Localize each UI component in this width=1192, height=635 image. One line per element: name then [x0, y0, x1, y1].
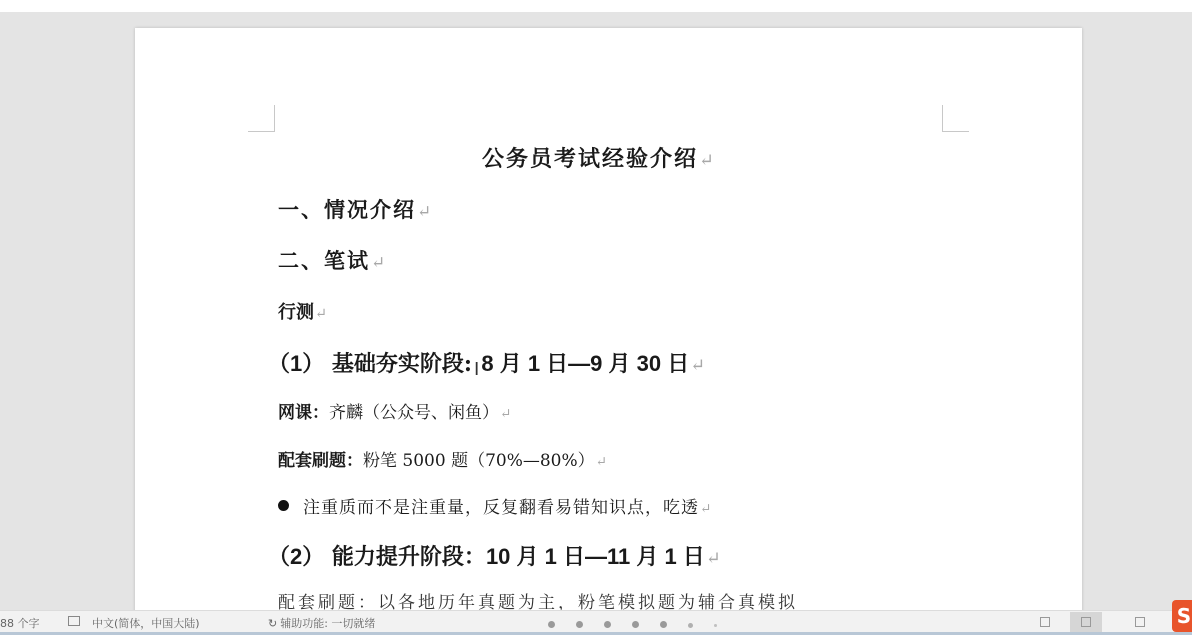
top-strip — [0, 0, 1192, 12]
web-layout-icon — [1135, 617, 1145, 627]
paragraph-mark-icon: ↵ — [706, 549, 721, 569]
paragraph-mark-icon: ↵ — [371, 252, 387, 272]
stage-2-heading[interactable]: （2） 能力提升阶段：10 月 1 日—11 月 1 日↵ — [268, 540, 721, 571]
dot-icon — [632, 621, 639, 628]
heading-written-exam[interactable]: 二、笔试↵ — [278, 245, 387, 275]
paragraph-mark-icon: ↵ — [699, 151, 716, 171]
paragraph-mark-icon: ↵ — [500, 406, 511, 422]
read-mode-button[interactable] — [1033, 612, 1057, 632]
book-icon — [1040, 617, 1050, 627]
web-layout-button[interactable] — [1128, 612, 1152, 632]
margin-corner-top-right — [942, 105, 969, 132]
dot-icon — [714, 624, 717, 627]
print-layout-button[interactable] — [1070, 612, 1102, 632]
page-layout-icon — [1081, 617, 1091, 627]
accessibility-status[interactable]: ↻辅助功能: 一切就绪 — [268, 615, 375, 631]
stage-1-heading[interactable]: （1） 基础夯实阶段:I8 月 1 日—9 月 30 日↵ — [268, 347, 705, 380]
text-cursor-icon: I — [474, 359, 479, 380]
proofing-icon[interactable] — [68, 616, 80, 626]
paragraph-mark-icon: ↵ — [417, 201, 433, 221]
paragraph-mark-icon: ↵ — [700, 501, 712, 517]
document-page[interactable] — [135, 28, 1082, 628]
heading-situation[interactable]: 一、情况介绍↵ — [278, 194, 433, 224]
dot-icon — [548, 621, 555, 628]
loading-dots — [548, 618, 738, 631]
subheading-xingce[interactable]: 行测↵ — [278, 298, 327, 324]
dot-icon — [660, 621, 667, 628]
app-logo-icon: S — [1172, 600, 1192, 632]
bullet-item[interactable]: 注重质而不是注重量，反复翻看易错知识点，吃透↵ — [278, 493, 712, 518]
status-bar: 88 个字 中文(简体，中国大陆) ↻辅助功能: 一切就绪 — [0, 610, 1192, 633]
practice-line[interactable]: 配套刷题：粉笔 5000 题（70%—80%）↵ — [278, 446, 607, 471]
language-indicator[interactable]: 中文(简体，中国大陆) — [92, 615, 200, 631]
margin-corner-top-left — [248, 105, 275, 132]
online-course-line[interactable]: 网课：齐麟（公众号、闲鱼）↵ — [278, 398, 511, 423]
accessibility-icon: ↻ — [268, 617, 277, 630]
document-title[interactable]: 公务员考试经验介绍↵ — [482, 142, 716, 173]
paragraph-mark-icon: ↵ — [596, 454, 607, 470]
document-workspace[interactable] — [0, 12, 1192, 610]
dot-icon — [576, 621, 583, 628]
bullet-icon — [278, 500, 289, 511]
paragraph-mark-icon: ↵ — [690, 356, 705, 376]
dot-icon — [688, 623, 693, 628]
word-count[interactable]: 88 个字 — [0, 615, 40, 631]
paragraph-mark-icon: ↵ — [315, 306, 327, 322]
dot-icon — [604, 621, 611, 628]
